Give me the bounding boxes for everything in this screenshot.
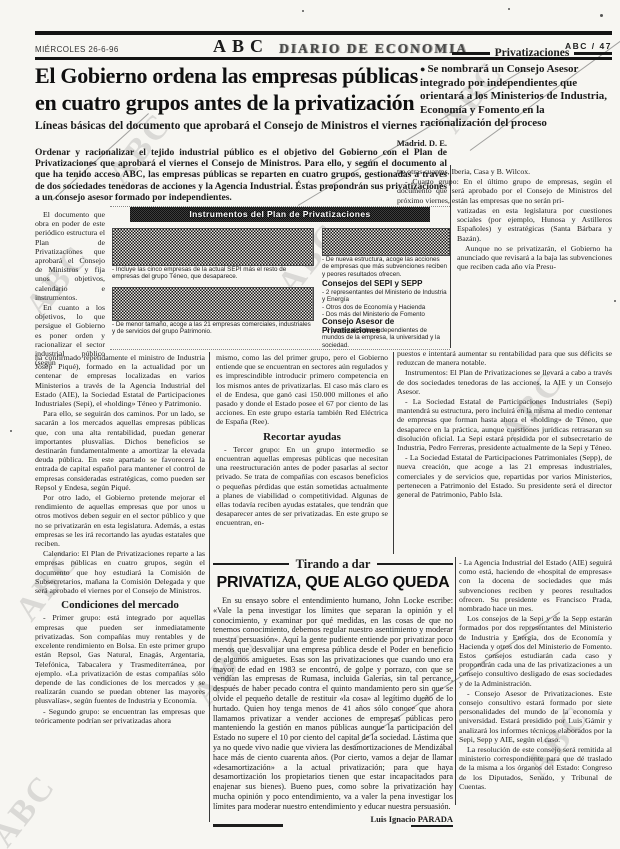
body-paragraph: En su ensayo sobre el entendimiento huma…: [213, 596, 453, 812]
column-a: ha confirmado repetidamente el ministro …: [35, 353, 205, 726]
body-paragraph: - Tercer grupo: En un grupo intermedio s…: [216, 445, 388, 528]
body-paragraph: - La Agencia Industrial del Estado (AIE)…: [459, 558, 612, 613]
column-rule: [455, 557, 456, 805]
sidebar-summary-text: Se nombrará un Consejo Asesor integrado …: [420, 63, 607, 129]
footer-rule-right: [411, 825, 453, 827]
opinion-rule-left: [213, 563, 289, 565]
scan-speck: [508, 8, 510, 10]
infographic-list-item: - Otros dos de Economía y Hacienda: [322, 304, 448, 311]
body-paragraph: - La Sociedad Estatal de Participaciones…: [397, 453, 612, 499]
kicker-rule-right: [574, 52, 612, 55]
opinion-body: En su ensayo sobre el entendimiento huma…: [213, 596, 453, 812]
dateline: Madrid. D. E.: [35, 138, 447, 148]
column-rule: [393, 352, 394, 554]
footer-rule-left: [213, 824, 283, 827]
sidebar-block-2: vatizadas en esta legislatura por cuesti…: [457, 206, 612, 272]
body-paragraph: mismo, como las del primer grupo, pero e…: [216, 353, 388, 427]
opinion-box-footer-rules: [213, 824, 453, 829]
opinion-rule-right: [377, 563, 453, 565]
kicker-label: Privatizaciones: [490, 47, 575, 59]
infographic-title: Instrumentos del Plan de Privatizaciones: [130, 207, 430, 222]
section-title: DIARIO DE ECONOMIA: [279, 41, 469, 57]
body-paragraph: Por otro lado, el Gobierno pretende mejo…: [35, 493, 205, 548]
headline-line-1: El Gobierno ordena las empresas públicas: [35, 62, 435, 89]
body-paragraph: Los consejos de la Sepi y de la Sepp est…: [459, 614, 612, 688]
infographic: Instrumentos del Plan de Privatizaciones…: [110, 206, 450, 350]
infographic-caption-sepi: - Incluye las cinco empresas de la actua…: [112, 266, 312, 281]
infographic-image-sepi: [112, 228, 314, 266]
body-paragraph: Aunque no se privatizarán, el Gobierno h…: [457, 244, 612, 272]
subhead-recortar-ayudas: Recortar ayudas: [216, 433, 388, 442]
sidebar-block-1: tre otras cuantas, Iberia, Casa y B. Wil…: [397, 167, 612, 206]
body-paragraph: ha confirmado repetidamente el ministro …: [35, 353, 205, 408]
infographic-image-aie: [322, 228, 450, 256]
sidebar-block-4: - La Agencia Industrial del Estado (AIE)…: [459, 558, 612, 792]
body-paragraph: - La Sociedad Estatal de Participaciones…: [397, 397, 612, 452]
body-paragraph: - Cuarto grupo: En el último grupo de em…: [397, 177, 612, 205]
kicker-rule-left: [452, 52, 490, 55]
body-paragraph: Para ello, se seguirán dos caminos. Por …: [35, 409, 205, 492]
opinion-headline: PRIVATIZA, QUE ALGO QUEDA: [213, 574, 453, 592]
body-paragraph: Instrumentos: El Plan de Privatizaciones…: [397, 368, 612, 396]
infographic-caption-aie: - De nueva estructura, acoge las accione…: [322, 256, 448, 278]
scan-speck: [614, 300, 616, 302]
sidebar-summary: ●Se nombrará un Consejo Asesor integrado…: [420, 63, 612, 131]
kicker-row: Privatizaciones: [452, 47, 612, 59]
body-paragraph: vatizadas en esta legislatura por cuesti…: [457, 206, 612, 243]
infographic-sepi-sepp-list: - 2 representantes del Ministerio de Ind…: [322, 289, 448, 319]
infographic-sepi-sepp-heading: Consejos del SEPI y SEPP: [322, 279, 422, 288]
body-paragraph: - Primer grupo: está integrado por aquel…: [35, 613, 205, 705]
scan-speck: [302, 10, 304, 12]
newspaper-page: ABC ABC ABC ABC ABC ABC ABC ABC ABC MIÉR…: [0, 0, 620, 849]
main-headline: El Gobierno ordena las empresas públicas…: [35, 62, 435, 116]
body-paragraph: - Segundo grupo: se encuentran las empre…: [35, 707, 205, 725]
body-paragraph: Calendario: El Plan de Privatizaciones r…: [35, 549, 205, 595]
body-paragraph: El documento que obra en poder de este p…: [35, 210, 105, 302]
infographic-asesor-list: - 7 personalidades independientes de mun…: [322, 327, 448, 349]
infographic-caption-sepp: - De menor tamaño, acoge a las 21 empres…: [112, 321, 312, 336]
brand-title: ABC: [213, 36, 269, 57]
byline: Luis Ignacio PARADA: [213, 814, 453, 824]
body-paragraph: tre otras cuantas, Iberia, Casa y B. Wil…: [397, 167, 612, 176]
masthead-top-rule: [35, 31, 612, 35]
lead-paragraph: Ordenar y racionalizar el tejido industr…: [35, 148, 447, 204]
infographic-list-item: - 2 representantes del Ministerio de Ind…: [322, 289, 448, 304]
subhead-condiciones-del-mercado: Condiciones del mercado: [35, 601, 205, 610]
column-b: mismo, como las del primer grupo, pero e…: [216, 353, 388, 529]
sidebar-block-3: puestos e intentará aumentar su rentabil…: [397, 349, 612, 500]
body-paragraph: - Consejo Asesor de Privatizaciones. Est…: [459, 689, 612, 744]
opinion-box: Tirando a dar PRIVATIZA, QUE ALGO QUEDA …: [213, 557, 453, 819]
body-paragraph: puestos e intentará aumentar su rentabil…: [397, 349, 612, 367]
headline-line-2: en cuatro grupos antes de la privatizaci…: [35, 89, 435, 116]
scan-speck: [10, 430, 12, 432]
column-rule: [209, 352, 210, 822]
opinion-box-header: Tirando a dar: [213, 557, 453, 571]
date-label: MIÉRCOLES 26-6-96: [35, 45, 155, 57]
deck: Líneas básicas del documento que aprobar…: [35, 120, 435, 132]
infographic-list-item: - 7 personalidades independientes de mun…: [322, 327, 448, 349]
infographic-image-sepp: [112, 287, 314, 321]
abc-watermark: ABC: [0, 767, 64, 849]
narrow-column: El documento que obra en poder de este p…: [35, 210, 105, 368]
body-paragraph: La resolución de este consejo será remit…: [459, 745, 612, 791]
opinion-column-title: Tirando a dar: [289, 557, 378, 572]
scan-speck: [600, 14, 603, 17]
bullet-icon: ●: [420, 64, 425, 74]
